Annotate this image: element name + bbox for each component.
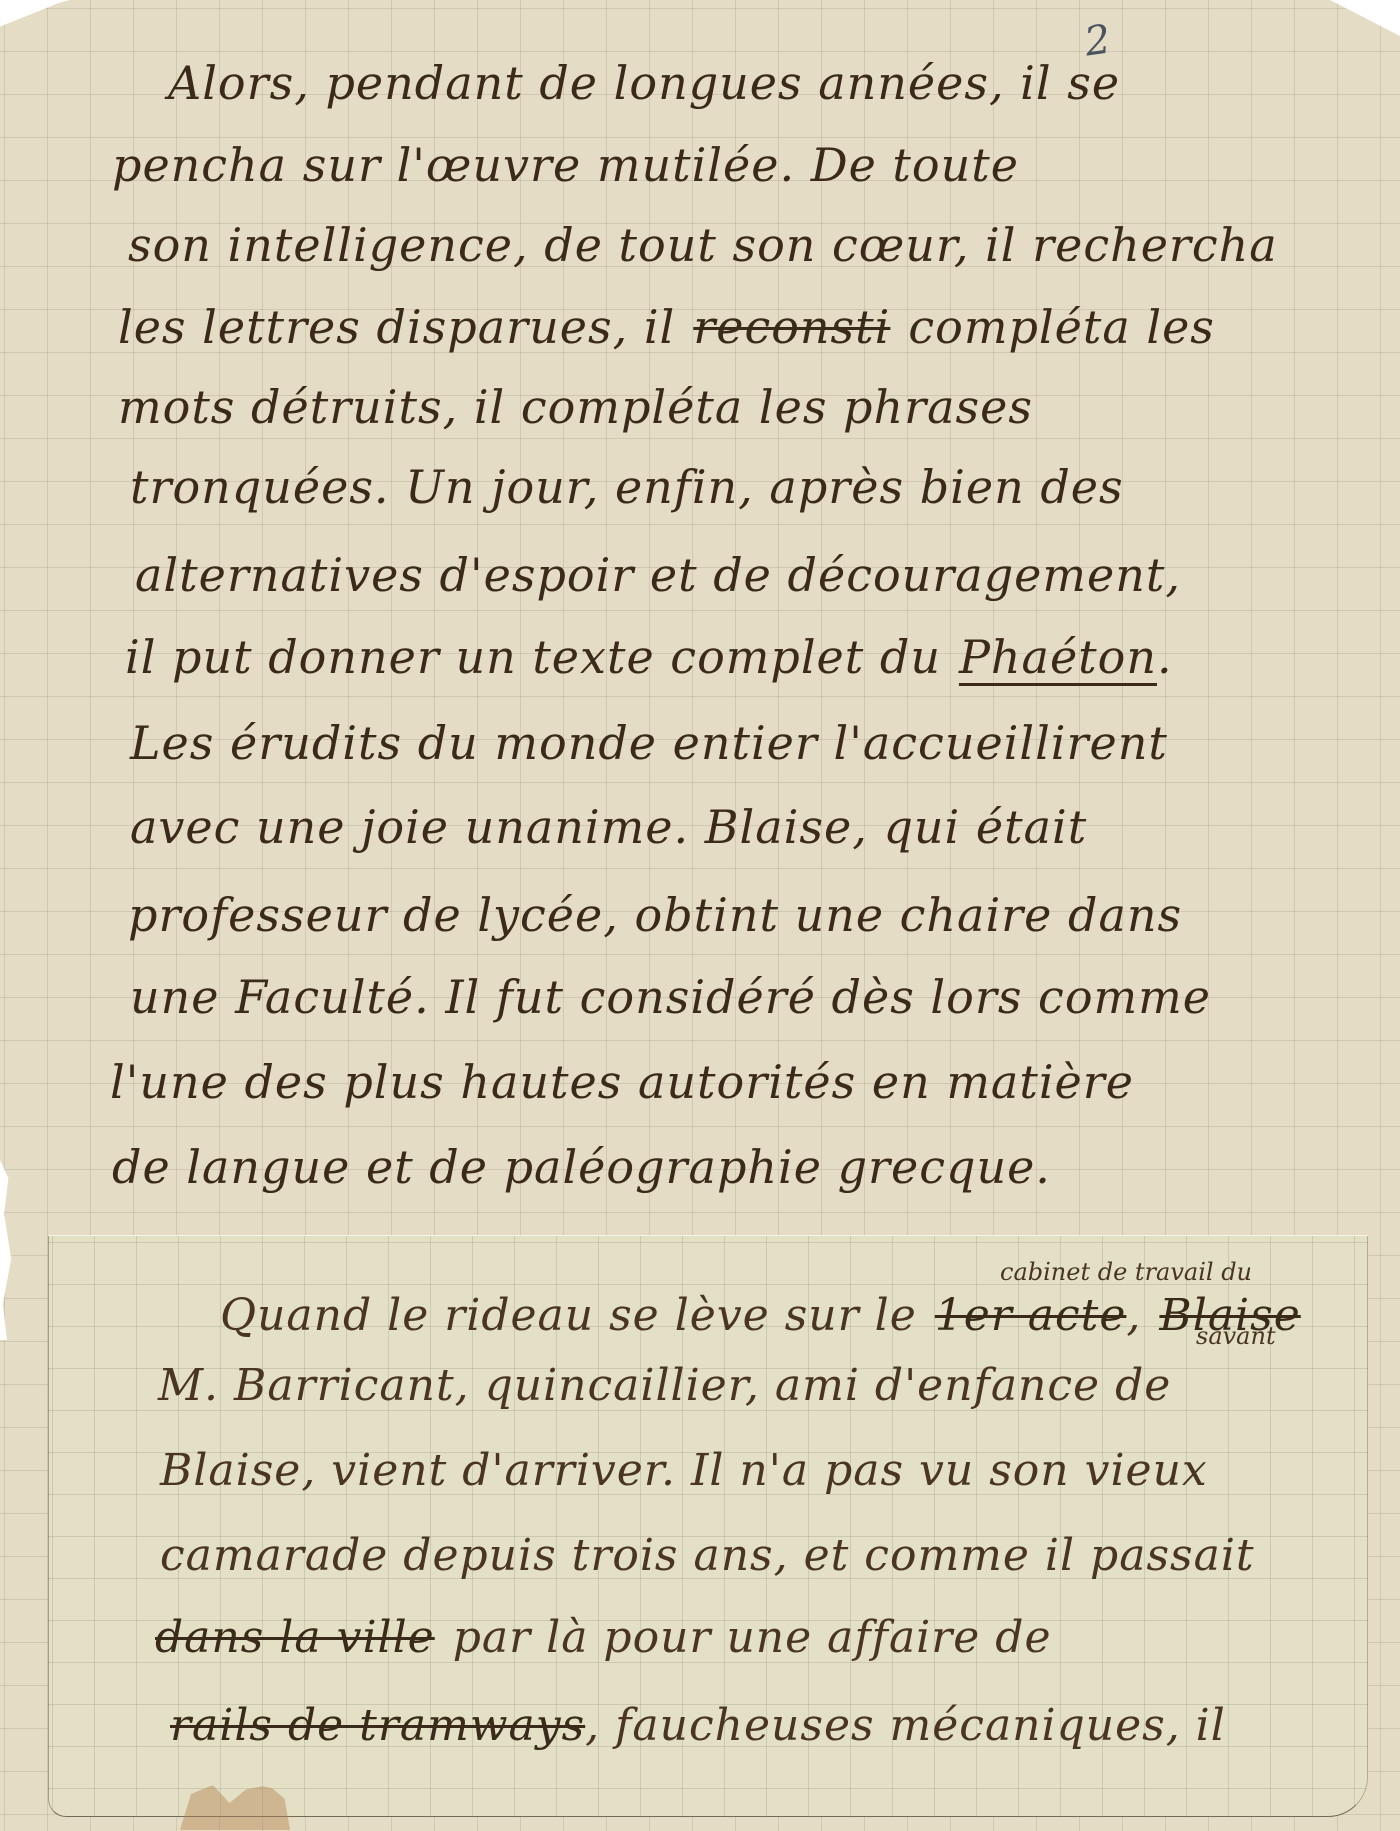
line-text: Quand le rideau se lève sur le <box>220 1290 917 1341</box>
slip-line: Quand le rideau se lève sur le1er acte,B… <box>220 1290 1301 1341</box>
struck-word: rails de tramways <box>170 1700 585 1751</box>
slip-line: rails de tramways, faucheuses mécaniques… <box>170 1700 1226 1751</box>
slip-line: dans la villepar là pour une affaire de <box>155 1612 1052 1663</box>
interlinear-insertion: cabinet de travail du <box>1000 1258 1252 1286</box>
manuscript-line: les lettres disparues, ilreconsticomplét… <box>118 300 1215 354</box>
struck-word: dans la ville <box>155 1612 435 1663</box>
manuscript-line: tronquées. Un jour, enfin, après bien de… <box>130 460 1124 514</box>
line-text: , <box>1126 1290 1141 1341</box>
slip-line: camarade depuis trois ans, et comme il p… <box>160 1530 1255 1581</box>
manuscript-line: avec une joie unanime. Blaise, qui était <box>130 800 1087 854</box>
manuscript-line: alternatives d'espoir et de découragemen… <box>135 548 1181 602</box>
torn-left-edge <box>0 1160 14 1340</box>
manuscript-line: l'une des plus hautes autorités en matiè… <box>110 1055 1134 1109</box>
underlined-title: Phaéton <box>959 630 1157 684</box>
manuscript-line: mots détruits, il compléta les phrases <box>118 380 1033 434</box>
manuscript-line: pencha sur l'œuvre mutilée. De toute <box>112 138 1019 192</box>
line-text: compléta les <box>908 300 1215 354</box>
slip-line: M. Barricant, quincaillier, ami d'enfanc… <box>158 1360 1171 1411</box>
line-text: , faucheuses mécaniques, il <box>585 1700 1226 1751</box>
slip-line: Blaise, vient d'arriver. Il n'a pas vu s… <box>160 1445 1208 1496</box>
torn-corner-top-left <box>0 0 70 28</box>
manuscript-line: de langue et de paléographie grecque. <box>112 1140 1051 1194</box>
torn-corner-top-right <box>1330 0 1400 36</box>
manuscript-line: son intelligence, de tout son cœur, il r… <box>128 218 1278 272</box>
manuscript-line: il put donner un texte complet duPhaéton… <box>125 630 1173 684</box>
line-text: par là pour une affaire de <box>453 1612 1052 1663</box>
struck-word: reconsti <box>693 300 890 354</box>
manuscript-line: Les érudits du monde entier l'accueillir… <box>130 716 1168 770</box>
manuscript-line: professeur de lycée, obtint une chaire d… <box>128 888 1182 942</box>
manuscript-line: Alors, pendant de longues années, il se <box>168 56 1120 110</box>
struck-word: 1er acte <box>935 1290 1127 1341</box>
line-text: il put donner un texte complet du <box>125 630 941 684</box>
struck-word: Blaise <box>1159 1290 1300 1341</box>
line-text: les lettres disparues, il <box>118 300 675 354</box>
line-text: . <box>1157 630 1173 684</box>
manuscript-line: une Faculté. Il fut considéré dès lors c… <box>130 970 1211 1024</box>
